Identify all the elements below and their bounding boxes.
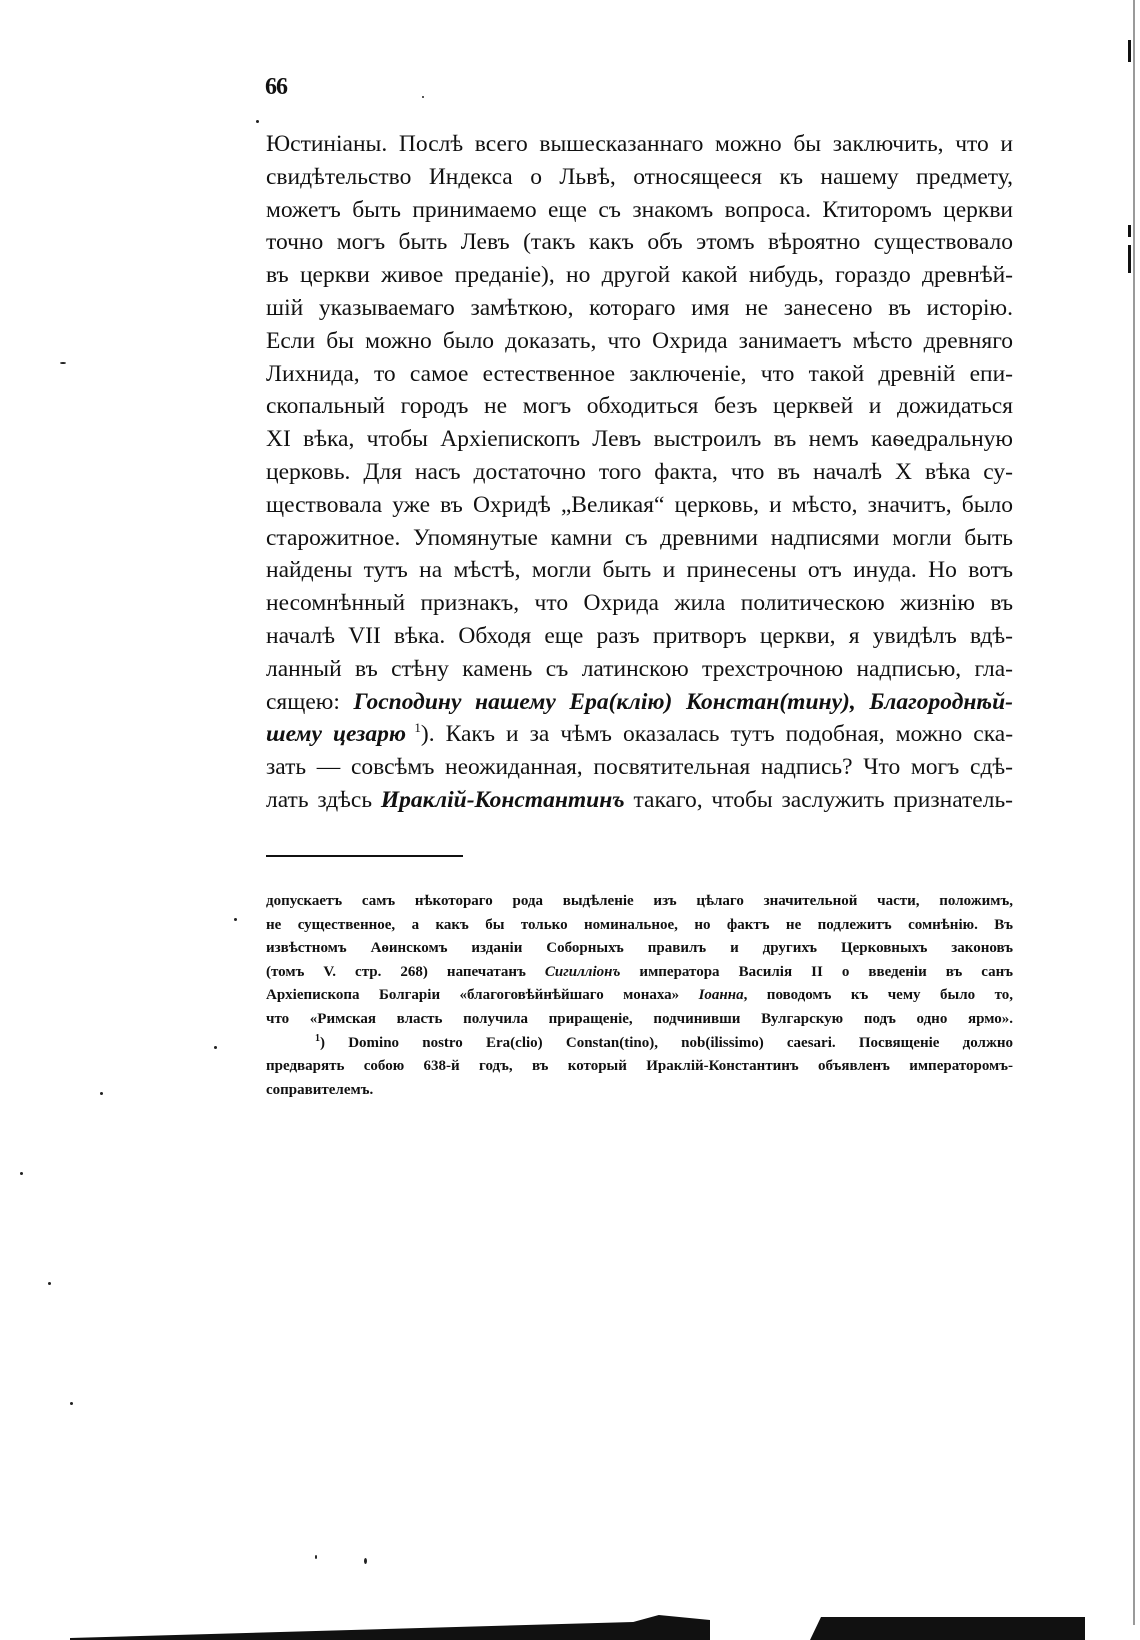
text-segment: зать — совсѣмъ неожиданная, посвятительн… xyxy=(266,754,1013,780)
text-line: ществовала уже въ Охридѣ „Великая“ церко… xyxy=(266,489,1013,522)
footnote-line: что «Римская власть получила приращеніе,… xyxy=(266,1008,1013,1032)
text-line: началѣ VII вѣка. Обходя еще разъ притвор… xyxy=(266,620,1013,653)
text-line: сящею: Господину нашему Ера(клію) Конста… xyxy=(266,686,1013,719)
text-segment: ланный въ стѣну камень съ латинскою трех… xyxy=(266,656,1013,682)
page-number: 66 xyxy=(265,74,287,101)
text-segment: найдены тутъ на мѣстѣ, могли быть и прин… xyxy=(266,557,1013,583)
text-segment: можетъ быть принимаемо еще съ знакомъ во… xyxy=(266,197,1013,223)
text-line: свидѣтельство Индекса о Львѣ, относящеес… xyxy=(266,161,1013,194)
footnote-divider xyxy=(266,855,463,857)
text-segment: началѣ VII вѣка. Обходя еще разъ притвор… xyxy=(266,623,1013,649)
text-line: Юстиніаны. Послѣ всего вышесказаннаго мо… xyxy=(266,128,1013,161)
text-segment: предварять собою 638-й годъ, въ который … xyxy=(266,1058,1013,1074)
text-segment: сящею: xyxy=(266,689,354,715)
text-segment: императора Василія II о введеніи въ санъ xyxy=(620,964,1013,980)
footnote-line: извѣстномъ Аѳинскомъ изданіи Соборныхъ п… xyxy=(266,937,1013,961)
scan-edge-artifact xyxy=(810,1617,1085,1640)
footnote-line: (томъ V. стр. 268) напечатанъ Сигилліонъ… xyxy=(266,961,1013,985)
text-line: ланный въ стѣну камень съ латинскою трех… xyxy=(266,653,1013,686)
text-line: скопальный городъ не могъ обходиться без… xyxy=(266,390,1013,423)
footnote-line: предварять собою 638-й годъ, въ который … xyxy=(266,1055,1013,1079)
scan-artifact xyxy=(60,362,66,364)
text-segment: соправителемъ. xyxy=(266,1082,373,1098)
text-segment: допускаетъ самъ нѣкотораго рода выдѣлені… xyxy=(266,893,1013,909)
text-line: шему цезарю 1). Какъ и за чѣмъ оказалась… xyxy=(266,718,1013,751)
text-segment: несомнѣнный признакъ, что Охрида жила по… xyxy=(266,590,1013,616)
italic-text: Господину нашему Ера(клію) Констан(тину)… xyxy=(354,689,1013,715)
text-segment: Юстиніаны. Послѣ всего вышесказаннаго мо… xyxy=(266,131,1013,157)
text-segment: такаго, чтобы заслужить признатель- xyxy=(625,787,1013,813)
text-segment: шій указываемаго замѣткою, котораго имя … xyxy=(266,295,1013,321)
footnote-marker: 1 xyxy=(406,721,421,736)
italic-text: Іоанна xyxy=(699,987,744,1003)
text-segment: не существенное, а какъ бы только номина… xyxy=(266,917,1013,933)
scan-artifact xyxy=(1128,245,1131,273)
text-line: несомнѣнный признакъ, что Охрида жила по… xyxy=(266,587,1013,620)
footnote-line: Архіепископа Болгаріи «благоговѣйнѣйшаго… xyxy=(266,984,1013,1008)
scan-artifact xyxy=(1128,225,1131,237)
text-segment: точно могъ быть Левъ (такъ какъ объ этом… xyxy=(266,229,1013,255)
scan-artifact xyxy=(20,1172,23,1175)
scan-artifact xyxy=(100,1092,103,1095)
text-segment: въ церкви живое преданіе), но другой как… xyxy=(266,262,1013,288)
text-segment: , поводомъ къ чему было то, xyxy=(744,987,1013,1003)
scan-artifact xyxy=(1128,40,1131,62)
text-segment: ществовала уже въ Охридѣ „Великая“ церко… xyxy=(266,492,1013,518)
scan-edge-artifact xyxy=(70,1615,710,1640)
scan-artifact xyxy=(422,96,424,98)
text-segment: что «Римская власть получила приращеніе,… xyxy=(266,1011,1013,1027)
footnote-line: допускаетъ самъ нѣкотораго рода выдѣлені… xyxy=(266,890,1013,914)
text-segment: лать здѣсь xyxy=(266,787,381,813)
scan-artifact xyxy=(256,120,259,123)
text-segment: извѣстномъ Аѳинскомъ изданіи Соборныхъ п… xyxy=(266,940,1013,956)
page-right-edge xyxy=(1133,0,1135,1625)
text-segment: скопальный городъ не могъ обходиться без… xyxy=(266,393,1013,419)
text-line: шій указываемаго замѣткою, котораго имя … xyxy=(266,292,1013,325)
footnote-line: соправителемъ. xyxy=(266,1079,1013,1103)
scan-artifact xyxy=(315,1555,317,1559)
footnote-line: не существенное, а какъ бы только номина… xyxy=(266,914,1013,938)
text-segment: ) Domino nostro Era(clio) Constan(tino),… xyxy=(320,1035,1013,1051)
text-line: лать здѣсь Ираклій-Константинъ такаго, ч… xyxy=(266,784,1013,817)
italic-text: Сигилліонъ xyxy=(545,964,621,980)
main-text-body: Юстиніаны. Послѣ всего вышесказаннаго мо… xyxy=(266,128,1013,817)
text-segment: церковь. Для насъ достаточно того факта,… xyxy=(266,459,1013,485)
text-line: старожитное. Упомянутые камни съ древним… xyxy=(266,522,1013,555)
text-segment: (томъ V. стр. 268) напечатанъ xyxy=(266,964,545,980)
footnote-line: 1) Domino nostro Era(clio) Constan(tino)… xyxy=(266,1032,1013,1056)
text-line: XI вѣка, чтобы Архіепископъ Левъ выстрои… xyxy=(266,423,1013,456)
footnotes: допускаетъ самъ нѣкотораго рода выдѣлені… xyxy=(266,890,1013,1102)
text-segment: Если бы можно было доказать, что Охрида … xyxy=(266,328,1013,354)
scan-artifact xyxy=(364,1558,367,1564)
text-line: церковь. Для насъ достаточно того факта,… xyxy=(266,456,1013,489)
scan-artifact xyxy=(234,918,237,921)
text-segment: старожитное. Упомянутые камни съ древним… xyxy=(266,525,1013,551)
text-segment: XI вѣка, чтобы Архіепископъ Левъ выстрои… xyxy=(266,426,1013,452)
text-segment: Лихнида, то самое естественное заключені… xyxy=(266,361,1013,387)
text-line: найдены тутъ на мѣстѣ, могли быть и прин… xyxy=(266,554,1013,587)
italic-text: шему цезарю xyxy=(266,721,406,747)
text-segment: свидѣтельство Индекса о Львѣ, относящеес… xyxy=(266,164,1013,190)
text-line: зать — совсѣмъ неожиданная, посвятительн… xyxy=(266,751,1013,784)
text-line: въ церкви живое преданіе), но другой как… xyxy=(266,259,1013,292)
scan-artifact xyxy=(70,1402,73,1405)
text-line: точно могъ быть Левъ (такъ какъ объ этом… xyxy=(266,226,1013,259)
italic-text: Ираклій-Константинъ xyxy=(381,787,625,813)
scan-artifact xyxy=(48,1282,51,1285)
text-line: Лихнида, то самое естественное заключені… xyxy=(266,358,1013,391)
text-segment: ). Какъ и за чѣмъ оказалась тутъ подобна… xyxy=(421,721,1013,747)
text-line: Если бы можно было доказать, что Охрида … xyxy=(266,325,1013,358)
text-line: можетъ быть принимаемо еще съ знакомъ во… xyxy=(266,194,1013,227)
text-segment: Архіепископа Болгаріи «благоговѣйнѣйшаго… xyxy=(266,987,699,1003)
scan-artifact xyxy=(214,1046,217,1049)
